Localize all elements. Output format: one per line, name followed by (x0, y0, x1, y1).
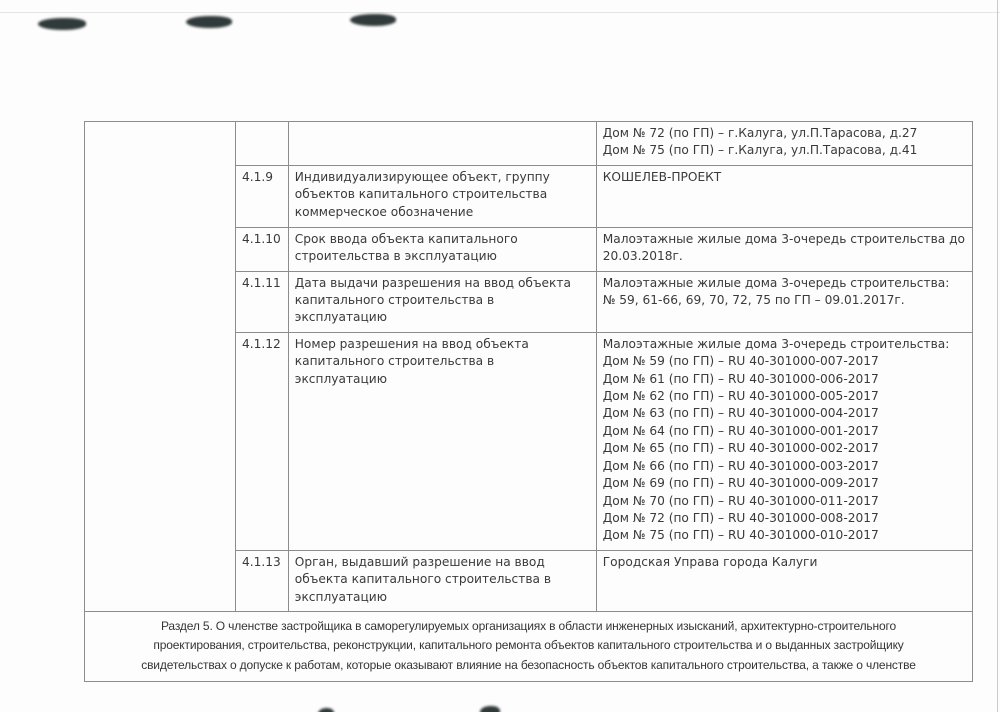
permit-line: Дом № 62 (по ГП) – RU 40-301000-005-2017 (603, 388, 965, 405)
value-line: Малоэтажные жилые дома 3-очередь строите… (603, 275, 965, 292)
permit-line: Дом № 66 (по ГП) – RU 40-301000-003-2017 (603, 458, 965, 475)
section-heading-line: проектирования, строительства, реконстру… (95, 636, 962, 656)
row-number: 4.1.13 (235, 550, 288, 611)
permit-line: Дом № 64 (по ГП) – RU 40-301000-001-2017 (603, 423, 965, 440)
punch-hole-mark (318, 708, 334, 712)
row-label-cell (288, 122, 596, 166)
section-column-cell (85, 122, 236, 612)
punch-hole-mark (480, 706, 500, 712)
row-label: Индивидуализирующее объект, группу объек… (288, 165, 596, 227)
row-value: Городская Управа города Калуги (596, 550, 972, 611)
row-label: Срок ввода объекта капитального строител… (288, 227, 596, 271)
scan-edge-right (997, 0, 998, 712)
row-number: 4.1.12 (235, 332, 288, 550)
permit-line: Дом № 65 (по ГП) – RU 40-301000-002-2017 (603, 440, 965, 457)
permit-line: Дом № 59 (по ГП) – RU 40-301000-007-2017 (603, 353, 965, 370)
row-value: КОШЕЛЕВ-ПРОЕКТ (596, 165, 972, 227)
address-line: Дом № 75 (по ГП) – г.Калуга, ул.П.Тарасо… (603, 142, 965, 159)
row-value: Малоэтажные жилые дома 3-очередь строите… (596, 227, 972, 271)
row-number: 4.1.9 (235, 165, 288, 227)
row-value: Малоэтажные жилые дома 3-очередь строите… (596, 332, 972, 550)
commercial-name: КОШЕЛЕВ-ПРОЕКТ (603, 169, 965, 186)
row-label: Номер разрешения на ввод объекта капитал… (288, 332, 596, 550)
row-value-cell: Дом № 72 (по ГП) – г.Калуга, ул.П.Тарасо… (596, 122, 972, 166)
permit-line: Дом № 63 (по ГП) – RU 40-301000-004-2017 (603, 405, 965, 422)
row-label: Дата выдачи разрешения на ввод объекта к… (288, 271, 596, 332)
permit-line: Дом № 69 (по ГП) – RU 40-301000-009-2017 (603, 475, 965, 492)
row-label: Орган, выдавший разрешение на ввод объек… (288, 550, 596, 611)
permit-line: Дом № 70 (по ГП) – RU 40-301000-011-2017 (603, 493, 965, 510)
scanned-page: Дом № 72 (по ГП) – г.Калуга, ул.П.Тарасо… (0, 0, 1000, 712)
scan-edge-top (0, 12, 1000, 13)
permit-line: Дом № 72 (по ГП) – RU 40-301000-008-2017 (603, 510, 965, 527)
value-line: Малоэтажные жилые дома 3-очередь строите… (603, 336, 965, 353)
issuing-authority: Городская Управа города Калуги (603, 554, 965, 571)
address-line: Дом № 72 (по ГП) – г.Калуга, ул.П.Тарасо… (603, 125, 965, 142)
section-heading-row: Раздел 5. О членстве застройщика в самор… (85, 611, 973, 682)
row-value: Малоэтажные жилые дома 3-очередь строите… (596, 271, 972, 332)
project-declaration-table: Дом № 72 (по ГП) – г.Калуга, ул.П.Тарасо… (84, 121, 973, 682)
permit-line: Дом № 75 (по ГП) – RU 40-301000-010-2017 (603, 527, 965, 544)
punch-hole-mark (186, 16, 232, 28)
value-line: 20.03.2018г. (603, 248, 965, 265)
section-heading-line: Раздел 5. О членстве застройщика в самор… (95, 617, 962, 637)
row-number: 4.1.11 (235, 271, 288, 332)
section-heading: Раздел 5. О членстве застройщика в самор… (85, 611, 973, 682)
row-number: 4.1.10 (235, 227, 288, 271)
permit-line: Дом № 61 (по ГП) – RU 40-301000-006-2017 (603, 371, 965, 388)
punch-hole-mark (350, 14, 396, 26)
section-heading-line: свидетельствах о допуске к работам, кото… (95, 656, 962, 676)
row-number-cell (235, 122, 288, 166)
table-row-continued: Дом № 72 (по ГП) – г.Калуга, ул.П.Тарасо… (85, 122, 973, 166)
punch-hole-mark (38, 18, 86, 30)
value-line: № 59, 61-66, 69, 70, 72, 75 по ГП – 09.0… (603, 292, 965, 309)
value-line: Малоэтажные жилые дома 3-очередь строите… (603, 231, 965, 248)
